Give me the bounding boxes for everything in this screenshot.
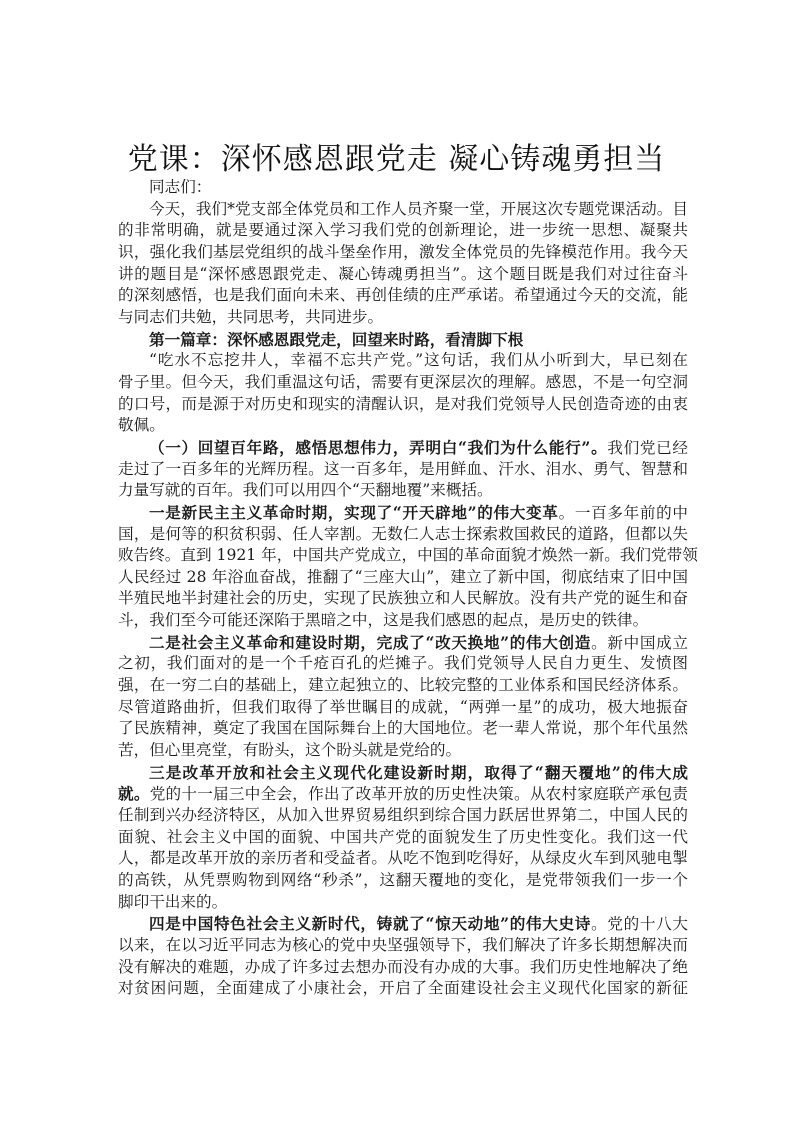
text-line: 与同志们共勉，共同思考，共同进步。 xyxy=(118,307,688,329)
body-text: 人民经过 28 年浴血奋战，推翻了“三座大山”，建立了新中国，彻底结束了旧中国 xyxy=(118,568,688,586)
text-line: 任制到兴办经济特区，从加入世界贸易组织到综合国力跃居世界第二，中国人民的 xyxy=(118,805,688,827)
body-text: 苦，但心里亮堂，有盼头，这个盼头就是党给的。 xyxy=(118,741,461,759)
bold-text: 第一篇章：深怀感恩跟党走，回望来时路，看清脚下根 xyxy=(149,330,523,349)
body-text: 党的十一届三中全会，作出了改革开放的历史性决策。从农村家庭联产承包责 xyxy=(150,785,688,803)
text-line: 了民族精神，奠定了我国在国际舞台上的大国地位。老一辈人常说，那个年代虽然 xyxy=(118,718,688,740)
document-body: 同志们：今天，我们*党支部全体党员和工作人员齐聚一堂，开展这次专题党课活动。目的… xyxy=(118,177,688,1000)
text-line: （一）回望百年路，感悟思想伟力，弄明白“我们为什么能行”。我们党已经 xyxy=(118,437,688,459)
text-line: 讲的题目是“深怀感恩跟党走、凝心铸魂勇担当”。这个题目既是我们对过往奋斗 xyxy=(118,264,688,286)
text-line: 面貌、社会主义中国的面貌、中国共产党的面貌发生了历史性变化。我们这一代 xyxy=(118,827,688,849)
text-line: 识，强化我们基层党组织的战斗堡垒作用，激发全体党员的先锋模范作用。我今天 xyxy=(118,242,688,264)
body-text: 走过了一百多年的光辉历程。这一百多年，是用鲜血、汗水、泪水、勇气、智慧和 xyxy=(118,460,688,478)
body-text: 任制到兴办经济特区，从加入世界贸易组织到综合国力跃居世界第二，中国人民的 xyxy=(118,806,688,824)
text-line: 三是改革开放和社会主义现代化建设新时期，取得了“翻天覆地”的伟大成 xyxy=(118,762,688,784)
body-text: 的高铁，从凭票购物到网络“秒杀”，这翻天覆地的变化，是党带领我们一步一个 xyxy=(118,871,688,889)
body-text: 面貌、社会主义中国的面貌、中国共产党的面貌发生了历史性变化。我们这一代 xyxy=(118,828,688,846)
body-text: 以来，在以习近平同志为核心的党中央坚强领导下，我们解决了许多长期想解决而 xyxy=(118,936,688,954)
text-line: “吃水不忘挖井人，幸福不忘共产党。”这句话，我们从小听到大，早已刻在 xyxy=(118,350,688,372)
body-text: 对贫困问题，全面建成了小康社会，开启了全面建设社会主义现代化国家的新征 xyxy=(118,979,688,997)
body-text: 我们党已经 xyxy=(607,439,688,457)
document-page: 党课：深怀感恩跟党走 凝心铸魂勇担当 同志们：今天，我们*党支部全体党员和工作人… xyxy=(0,0,793,1121)
body-text: 脚印干出来的。 xyxy=(118,893,227,911)
text-line: 一是新民主主义革命时期，实现了“开天辟地”的伟大变革。一百多年前的中 xyxy=(118,502,688,524)
text-line: 二是社会主义革命和建设时期，完成了“改天换地”的伟大创造。新中国成立 xyxy=(118,632,688,654)
body-text: 败告终。直到 1921 年，中国共产党成立，中国的革命面貌才焕然一新。我们党带领 xyxy=(118,546,698,564)
text-line: 就。党的十一届三中全会，作出了改革开放的历史性决策。从农村家庭联产承包责 xyxy=(118,783,688,805)
bold-text: （一）回望百年路，感悟思想伟力，弄明白“我们为什么能行”。 xyxy=(149,438,607,457)
text-line: 败告终。直到 1921 年，中国共产党成立，中国的革命面貌才焕然一新。我们党带领 xyxy=(118,545,688,567)
text-line: 今天，我们*党支部全体党员和工作人员齐聚一堂，开展这次专题党课活动。目 xyxy=(118,199,688,221)
text-line: 人，都是改革开放的亲历者和受益者。从吃不饱到吃得好，从绿皮火车到风驰电掣 xyxy=(118,848,688,870)
text-line: 斗，我们至今可能还深陷于黑暗之中，这是我们感恩的起点，是历史的铁律。 xyxy=(118,610,688,632)
text-line: 没有解决的难题，办成了许多过去想办而没有办成的大事。我们历史性地解决了绝 xyxy=(118,957,688,979)
body-text: “吃水不忘挖井人，幸福不忘共产党。”这句话，我们从小听到大，早已刻在 xyxy=(149,351,688,369)
body-text: 。新中国成立 xyxy=(591,634,688,652)
text-line: 四是中国特色社会主义新时代，铸就了“惊天动地”的伟大史诗。党的十八大 xyxy=(118,913,688,935)
body-text: 强，在一穷二白的基础上，建立起独立的、比较完整的工业体系和国民经济体系。 xyxy=(118,676,688,694)
body-text: 人，都是改革开放的亲历者和受益者。从吃不饱到吃得好，从绿皮火车到风驰电掣 xyxy=(118,849,688,867)
body-text: 今天，我们*党支部全体党员和工作人员齐聚一堂，开展这次专题党课活动。目 xyxy=(149,200,688,218)
text-line: 苦，但心里亮堂，有盼头，这个盼头就是党给的。 xyxy=(118,740,688,762)
body-text: 。一百多年前的中 xyxy=(559,504,688,522)
body-text: 的口号，而是源于对历史和现实的清醒认识，是对我们党领导人民创造奇迹的由衷 xyxy=(118,395,688,413)
text-line: 半殖民地半封建社会的历史，实现了民族独立和人民解放。没有共产党的诞生和奋 xyxy=(118,588,688,610)
body-text: 半殖民地半封建社会的历史，实现了民族独立和人民解放。没有共产党的诞生和奋 xyxy=(118,589,688,607)
body-text: 没有解决的难题，办成了许多过去想办而没有办成的大事。我们历史性地解决了绝 xyxy=(118,958,688,976)
text-line: 之初，我们面对的是一个千疮百孔的烂摊子。我们党领导人民自力更生、发愤图 xyxy=(118,653,688,675)
bold-text: 一是新民主主义革命时期，实现了“开天辟地”的伟大变革 xyxy=(149,503,559,522)
body-text: 与同志们共勉，共同思考，共同进步。 xyxy=(118,308,383,326)
text-line: 同志们： xyxy=(118,177,688,199)
text-line: 敬佩。 xyxy=(118,415,688,437)
body-text: 的非常明确，就是要通过深入学习我们党的创新理论，进一步统一思想、凝聚共 xyxy=(118,221,688,239)
text-line: 国，是何等的积贫积弱、任人宰割。无数仁人志士探索救国救民的道路，但都以失 xyxy=(118,524,688,546)
body-text: 讲的题目是“深怀感恩跟党走、凝心铸魂勇担当”。这个题目既是我们对过往奋斗 xyxy=(118,265,688,283)
body-text: 识，强化我们基层党组织的战斗堡垒作用，激发全体党员的先锋模范作用。我今天 xyxy=(118,243,688,261)
body-text: 斗，我们至今可能还深陷于黑暗之中，这是我们感恩的起点，是历史的铁律。 xyxy=(118,611,648,629)
bold-text: 四是中国特色社会主义新时代，铸就了“惊天动地”的伟大史诗 xyxy=(149,914,591,933)
text-line: 骨子里。但今天，我们重温这句话，需要有更深层次的理解。感恩，不是一句空洞 xyxy=(118,372,688,394)
body-text: 骨子里。但今天，我们重温这句话，需要有更深层次的理解。感恩，不是一句空洞 xyxy=(118,373,688,391)
text-line: 的深刻感悟，也是我们面向未来、再创佳绩的庄严承诺。希望通过今天的交流，能 xyxy=(118,285,688,307)
body-text: 敬佩。 xyxy=(118,416,165,434)
text-line: 走过了一百多年的光辉历程。这一百多年，是用鲜血、汗水、泪水、勇气、智慧和 xyxy=(118,459,688,481)
text-line: 人民经过 28 年浴血奋战，推翻了“三座大山”，建立了新中国，彻底结束了旧中国 xyxy=(118,567,688,589)
body-text: 同志们： xyxy=(149,178,211,196)
bold-text: 三是改革开放和社会主义现代化建设新时期，取得了“翻天覆地”的伟大成 xyxy=(149,763,688,782)
bold-text: 二是社会主义革命和建设时期，完成了“改天换地”的伟大创造 xyxy=(149,633,591,652)
body-text: 国，是何等的积贫积弱、任人宰割。无数仁人志士探索救国救民的道路，但都以失 xyxy=(118,525,688,543)
text-line: 脚印干出来的。 xyxy=(118,892,688,914)
text-line: 第一篇章：深怀感恩跟党走，回望来时路，看清脚下根 xyxy=(118,329,688,351)
document-title: 党课：深怀感恩跟党走 凝心铸魂勇担当 xyxy=(0,140,793,180)
text-line: 力量写就的百年。我们可以用四个“天翻地覆”来概括。 xyxy=(118,480,688,502)
text-line: 的高铁，从凭票购物到网络“秒杀”，这翻天覆地的变化，是党带领我们一步一个 xyxy=(118,870,688,892)
text-line: 的口号，而是源于对历史和现实的清醒认识，是对我们党领导人民创造奇迹的由衷 xyxy=(118,394,688,416)
text-line: 强，在一穷二白的基础上，建立起独立的、比较完整的工业体系和国民经济体系。 xyxy=(118,675,688,697)
text-line: 以来，在以习近平同志为核心的党中央坚强领导下，我们解决了许多长期想解决而 xyxy=(118,935,688,957)
bold-text: 就。 xyxy=(118,784,150,803)
body-text: 尽管道路曲折，但我们取得了举世瞩目的成就，“两弹一星”的成功，极大地振奋 xyxy=(118,698,688,716)
body-text: 了民族精神，奠定了我国在国际舞台上的大国地位。老一辈人常说，那个年代虽然 xyxy=(118,719,688,737)
body-text: 力量写就的百年。我们可以用四个“天翻地覆”来概括。 xyxy=(118,481,493,499)
text-line: 对贫困问题，全面建成了小康社会，开启了全面建设社会主义现代化国家的新征 xyxy=(118,978,688,1000)
text-line: 的非常明确，就是要通过深入学习我们党的创新理论，进一步统一思想、凝聚共 xyxy=(118,220,688,242)
body-text: 之初，我们面对的是一个千疮百孔的烂摊子。我们党领导人民自力更生、发愤图 xyxy=(118,654,688,672)
body-text: 的深刻感悟，也是我们面向未来、再创佳绩的庄严承诺。希望通过今天的交流，能 xyxy=(118,286,688,304)
text-line: 尽管道路曲折，但我们取得了举世瞩目的成就，“两弹一星”的成功，极大地振奋 xyxy=(118,697,688,719)
body-text: 。党的十八大 xyxy=(591,915,688,933)
